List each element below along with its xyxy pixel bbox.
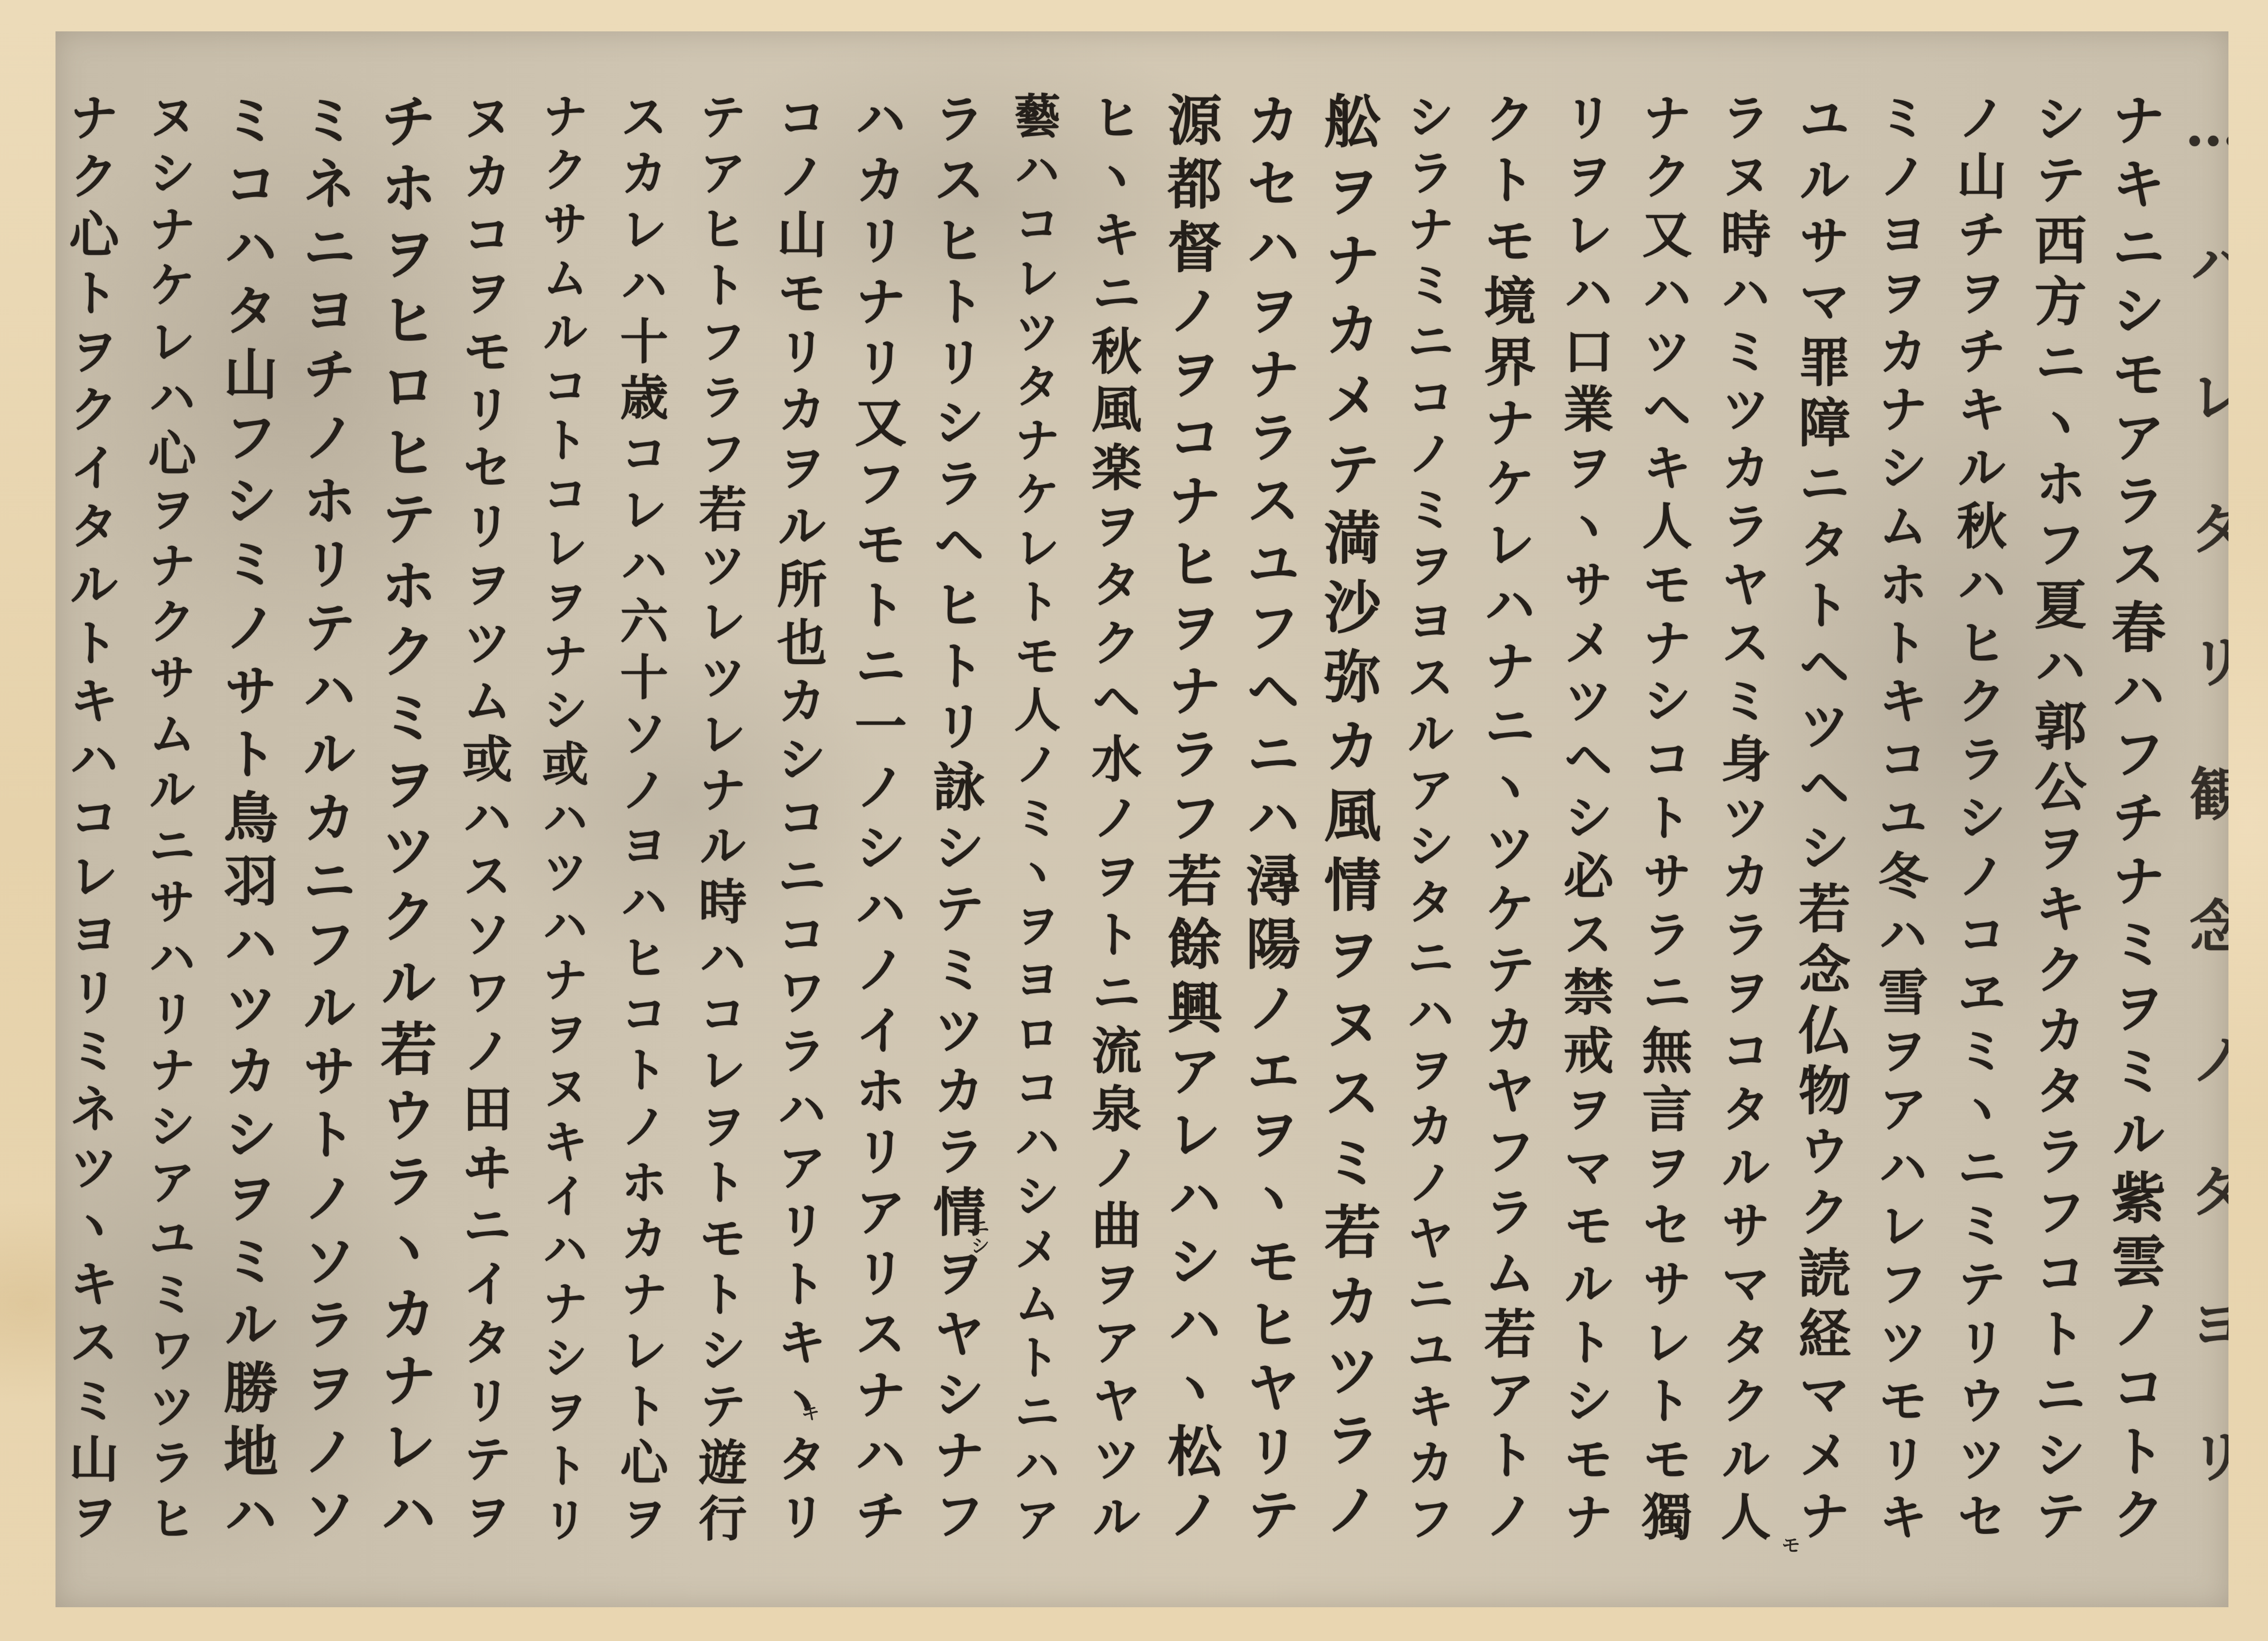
text-column: ラヌ時ハミツカラヤスミ身ツカラヲコタルサマタクル人 — [1702, 31, 1781, 1607]
text-column: リヲレハ口業ヲヽサメツヘシ必ス禁戒ヲマモルトシモナ — [1545, 31, 1623, 1607]
text-column: コノ山モリカヲル所也カシコニコワラハアリトキヽタリ — [758, 31, 837, 1607]
manuscript-page: …ハレタリ観念ノタヨリ ナキニシモアラス春ハフチナミヲミル紫雲ノコトク シテ西方… — [55, 31, 2228, 1607]
text-column: チホヲヒロヒテホクミヲツクル若ウラヽカナレハ — [365, 31, 443, 1607]
mount-background: …ハレタリ観念ノタヨリ ナキニシモアラス春ハフチナミヲミル紫雲ノコトク シテ西方… — [0, 0, 2268, 1641]
text-column: 源都督ノヲコナヒヲナラフ若餘興アレハシハヽ松ノ — [1151, 31, 1230, 1607]
text-column: 藝ハコレツタナケレトモ人ノミヽヲヨロコハシメムトニハア — [994, 31, 1073, 1607]
text-column: ナク又ハツヘキ人モナシコトサラニ無言ヲセサレトモ獨 — [1623, 31, 1702, 1607]
text-column: スカレハ十歳コレハ六十ソノヨハヒコトノホカナレト心ヲ — [601, 31, 679, 1607]
text-column: ミコハタ山フシミノサト鳥羽ハツカシヲミル勝地ハ — [207, 31, 286, 1607]
text-column: ハカリナリ又フモトニ一ノシハノイホリアリスナハチ — [837, 31, 915, 1607]
text-column-clipped: …ハレタリ観念ノタヨリ — [2174, 31, 2228, 1607]
text-column: テアヒトフラフ若ツレツレナル時ハコレヲトモトシテ遊行 — [679, 31, 758, 1607]
text-column: シラナミニコノミヲヨスルアシタニハヲカノヤニユキカフ — [1387, 31, 1466, 1607]
marginal-annotation: キ — [795, 1402, 823, 1421]
text-column: ヒヽキニ秋風楽ヲタクヘ水ノヲトニ流泉ノ曲ヲアヤツル — [1073, 31, 1151, 1607]
text-column: ヌカコヲモリセリヲツム或ハスソワノ田ヰニイタリテヲ — [443, 31, 522, 1607]
text-column: クトモ境界ナケレハナニヽツケテカヤフラム若アトノ — [1466, 31, 1545, 1607]
text-columns: …ハレタリ観念ノタヨリ ナキニシモアラス春ハフチナミヲミル紫雲ノコトク シテ西方… — [55, 31, 2228, 1607]
text-column: ヌシナケレハ心ヲナクサムルニサハリナシアユミワツラヒ — [129, 31, 207, 1607]
text-column: ユルサマ罪障ニタトヘツヘシ若念仏物ウク読経マメナ — [1781, 31, 1859, 1607]
text-column: ナク心トヲクイタルトキハコレヨリミネツヽキスミ山ヲ — [55, 31, 129, 1607]
text-column: ナクサムルコトコレヲナシ或ハツハナヲヌキイハナシヲトリ — [522, 31, 601, 1607]
marginal-annotation: モ — [1776, 1535, 1803, 1554]
text-column: ノ山チヲチキル秋ハヒクラシノコヱミヽニミテリウツセ — [1938, 31, 2017, 1607]
text-column: カセハヲナラスユフヘニハ潯陽ノエヲヽモヒヤリテ — [1230, 31, 1309, 1607]
text-column: 舩ヲナカメテ満沙弥カ風情ヲヌスミ若カツラノ — [1309, 31, 1387, 1607]
text-column: ラスヒトリシラヘヒトリ詠シテミツカラ情ヲヤシナフ — [915, 31, 994, 1607]
text-column: ミノヨヲカナシムホトキコユ冬ハ雪ヲアハレフツモリキ — [1859, 31, 1938, 1607]
text-column: シテ西方ニヽホフ夏ハ郭公ヲキクカタラフコトニシテ — [2017, 31, 2095, 1607]
marginal-annotation: ニシ — [965, 1216, 993, 1255]
text-column: ナキニシモアラス春ハフチナミヲミル紫雲ノコトク — [2095, 31, 2174, 1607]
text-column: ミネニヨチノホリテハルカニフルサトノソラヲノソ — [286, 31, 365, 1607]
